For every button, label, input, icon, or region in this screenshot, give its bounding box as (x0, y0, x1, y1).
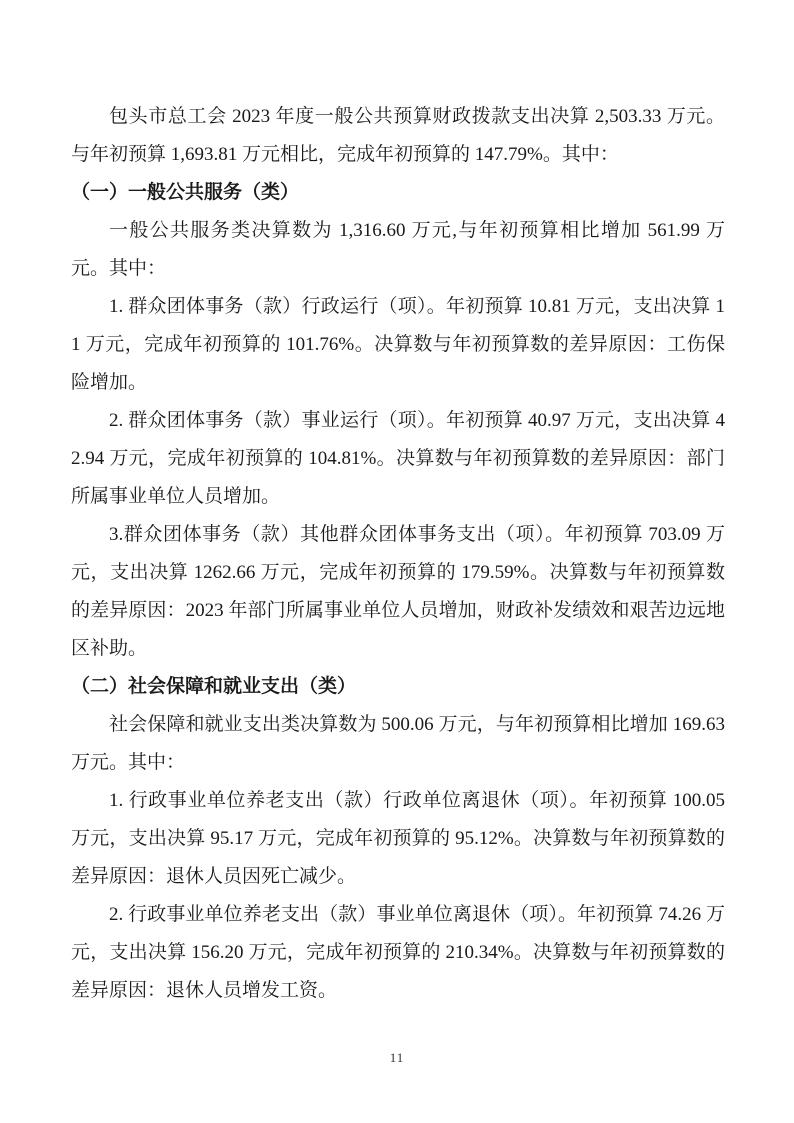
paragraph: 1. 行政事业单位养老支出（款）行政单位离退休（项）。年初预算 100.05 万… (71, 782, 725, 896)
paragraph: 1. 群众团体事务（款）行政运行（项）。年初预算 10.81 万元，支出决算 1… (71, 288, 725, 402)
document-page: 包头市总工会 2023 年度一般公共预算财政拨款支出决算 2,503.33 万元… (0, 0, 794, 1123)
paragraph: 2. 群众团体事务（款）事业运行（项）。年初预算 40.97 万元，支出决算 4… (71, 402, 725, 516)
paragraph: 3.群众团体事务（款）其他群众团体事务支出（项）。年初预算 703.09 万元，… (71, 516, 725, 668)
paragraph: 包头市总工会 2023 年度一般公共预算财政拨款支出决算 2,503.33 万元… (71, 98, 725, 174)
section-heading: （二）社会保障和就业支出（类） (71, 668, 725, 706)
paragraph: 2. 行政事业单位养老支出（款）事业单位离退休（项）。年初预算 74.26 万元… (71, 896, 725, 1010)
paragraph: 社会保障和就业支出类决算数为 500.06 万元，与年初预算相比增加 169.6… (71, 706, 725, 782)
section-heading: （一）一般公共服务（类） (71, 174, 725, 212)
page-footer: 11 (0, 1049, 794, 1067)
paragraph: 一般公共服务类决算数为 1,316.60 万元,与年初预算相比增加 561.99… (71, 212, 725, 288)
document-body: 包头市总工会 2023 年度一般公共预算财政拨款支出决算 2,503.33 万元… (71, 98, 725, 1010)
page-number: 11 (390, 1050, 405, 1065)
